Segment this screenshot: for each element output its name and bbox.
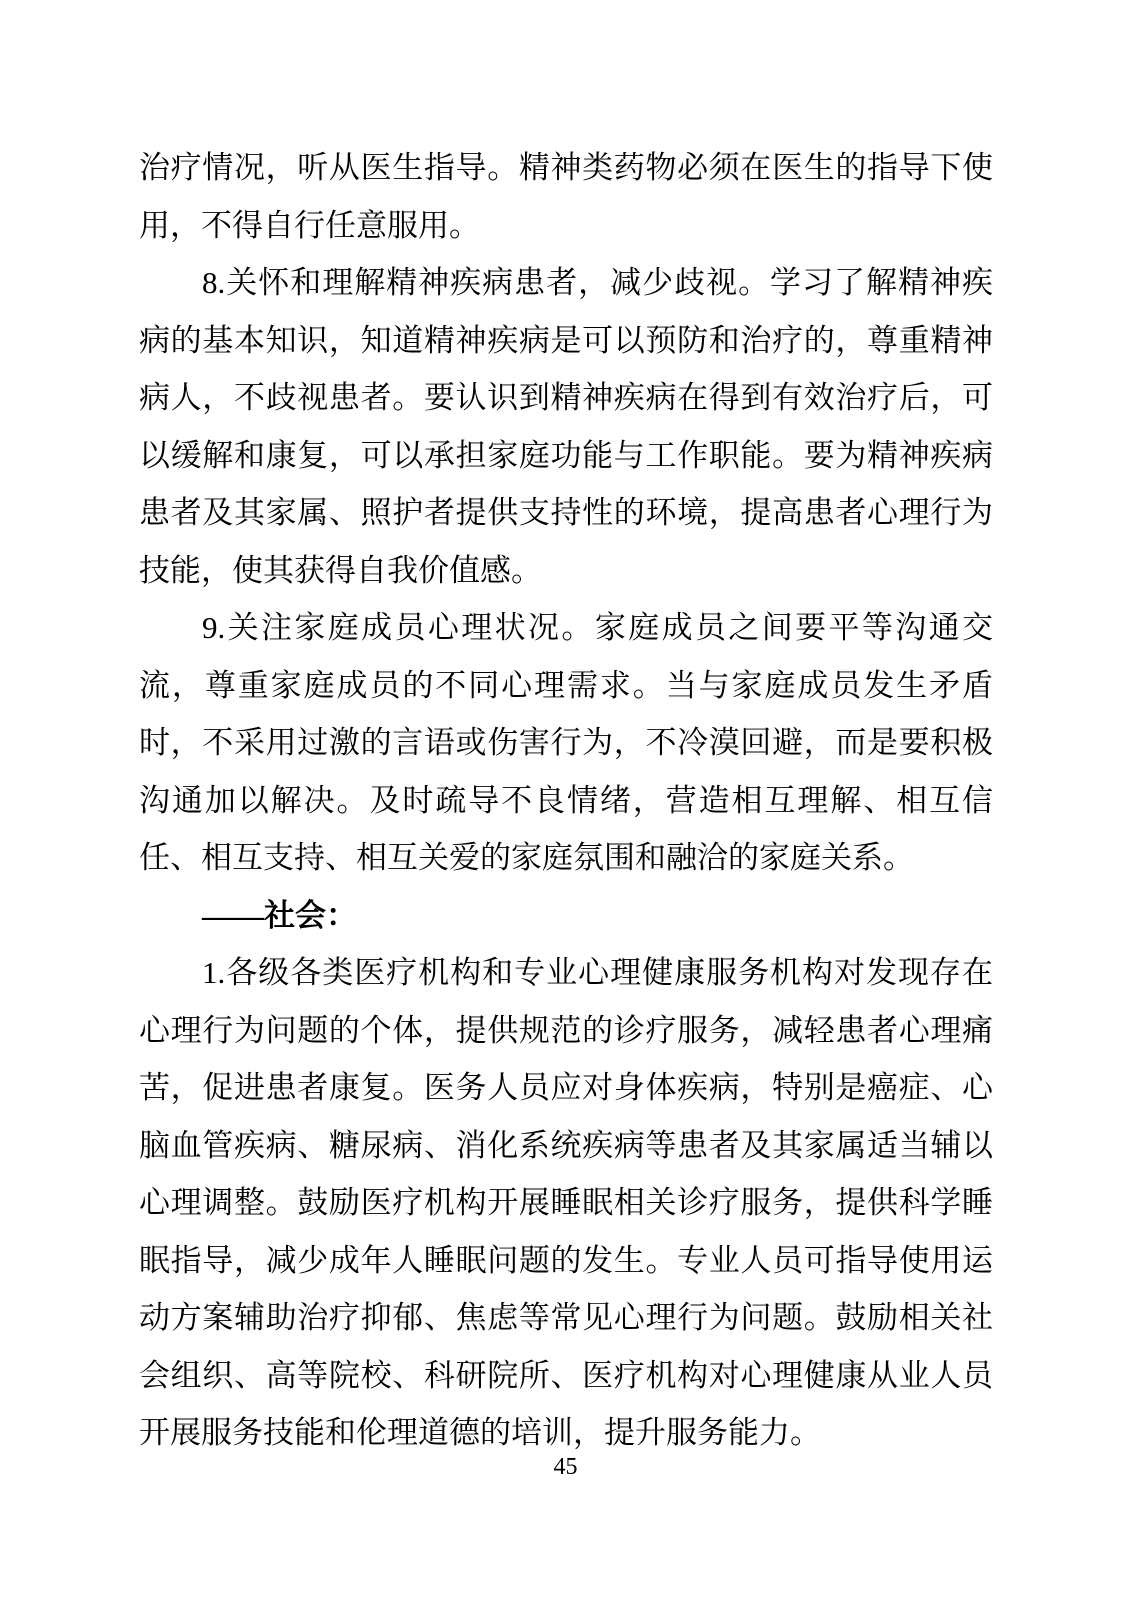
document-body: 治疗情况，听从医生指导。精神类药物必须在医生的指导下使用，不得自行任意服用。 8…	[139, 139, 993, 1462]
paragraph-treatment-continuation: 治疗情况，听从医生指导。精神类药物必须在医生的指导下使用，不得自行任意服用。	[139, 139, 993, 254]
paragraph-item-8-mental-illness-care: 8.关怀和理解精神疾病患者，减少歧视。学习了解精神疾病的基本知识，知道精神疾病是…	[139, 254, 993, 599]
page-number: 45	[0, 1452, 1131, 1482]
paragraph-item-9-family-mental-state: 9.关注家庭成员心理状况。家庭成员之间要平等沟通交流，尊重家庭成员的不同心理需求…	[139, 599, 993, 887]
section-heading-society: ——社会：	[139, 887, 993, 945]
document-page: 治疗情况，听从医生指导。精神类药物必须在医生的指导下使用，不得自行任意服用。 8…	[0, 0, 1131, 1600]
paragraph-item-1-medical-institutions: 1.各级各类医疗机构和专业心理健康服务机构对发现存在心理行为问题的个体，提供规范…	[139, 944, 993, 1462]
